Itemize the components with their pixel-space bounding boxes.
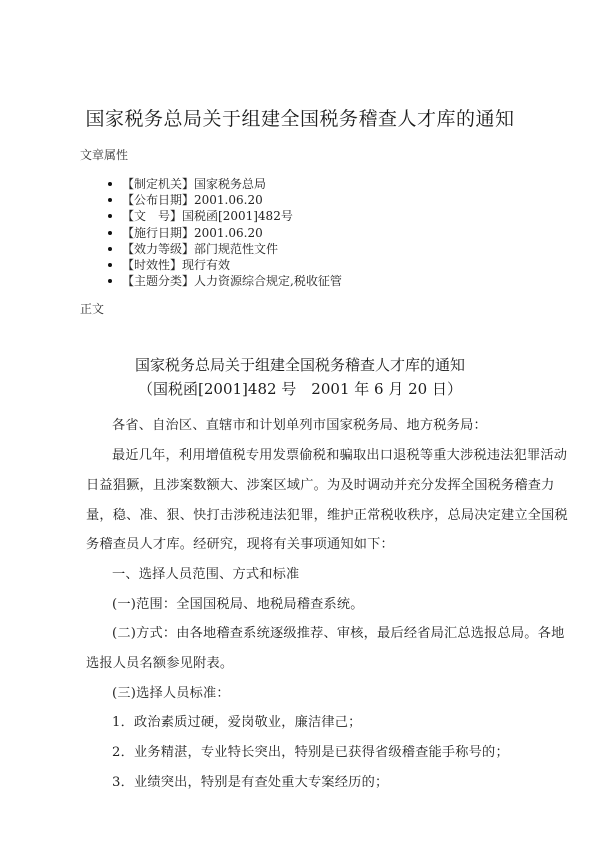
paragraph-line: 最近几年，利用增值税专用发票偷税和骗取出口退税等重大涉税违法犯罪活动 xyxy=(112,444,567,463)
subsection-heading: (三)选择人员标准： xyxy=(112,682,230,701)
section-heading: 一、选择人员范围、方式和标准 xyxy=(112,563,299,582)
attribute-item: 【施行日期】2001.06.20 xyxy=(100,225,342,241)
body-title: 国家税务总局关于组建全国税务稽查人才库的通知 xyxy=(0,354,600,375)
bullet-icon xyxy=(108,231,112,235)
bullet-icon xyxy=(108,182,112,186)
list-item: 3．业绩突出，特别是有查处重大专案经历的； xyxy=(112,771,388,790)
attribute-item: 【制定机关】国家税务总局 xyxy=(100,176,342,192)
body-label: 正文 xyxy=(80,300,104,317)
paragraph-line: 务稽查员人才库。经研究，现将有关事项通知如下： xyxy=(86,533,394,552)
salutation: 各省、自治区、直辖市和计划单列市国家税务局、地方税务局： xyxy=(112,414,487,433)
list-item: 2．业务精湛，专业特长突出，特别是已获得省级稽查能手称号的； xyxy=(112,741,509,760)
paragraph-line: (二)方式：由各地稽查系统逐级推荐、审核，最后经省局汇总选报总局。各地 xyxy=(112,622,564,641)
paragraph-line: (一)范围：全国国税局、地税局稽查系统。 xyxy=(112,593,364,612)
attributes-list: 【制定机关】国家税务总局 【公布日期】2001.06.20 【文 号】国税函[2… xyxy=(100,176,342,289)
list-item: 1．政治素质过硬，爱岗敬业，廉洁律己； xyxy=(112,711,362,730)
document-title: 国家税务总局关于组建全国税务稽查人才库的通知 xyxy=(0,104,600,131)
bullet-icon xyxy=(108,279,112,283)
attribute-item: 【主题分类】人力资源综合规定,税收征管 xyxy=(100,273,342,289)
attribute-item: 【文 号】国税函[2001]482号 xyxy=(100,208,342,224)
paragraph-line: 日益猖獗，且涉案数额大、涉案区域广。为及时调动并充分发挥全国税务稽查力 xyxy=(86,474,555,493)
paragraph-line: 选报人员名额参见附表。 xyxy=(86,652,233,671)
bullet-icon xyxy=(108,247,112,251)
bullet-icon xyxy=(108,214,112,218)
paragraph-line: 量，稳、准、狠、快打击涉税违法犯罪，维护正常税收秩序，总局决定建立全国税 xyxy=(86,504,568,523)
body-subtitle: （国税函[2001]482 号 2001 年 6 月 20 日） xyxy=(0,378,600,399)
attribute-item: 【时效性】现行有效 xyxy=(100,257,342,273)
attribute-item: 【公布日期】2001.06.20 xyxy=(100,192,342,208)
bullet-icon xyxy=(108,263,112,267)
attribute-item: 【效力等级】部门规范性文件 xyxy=(100,241,342,257)
bullet-icon xyxy=(108,198,112,202)
attributes-label: 文章属性 xyxy=(80,146,128,163)
